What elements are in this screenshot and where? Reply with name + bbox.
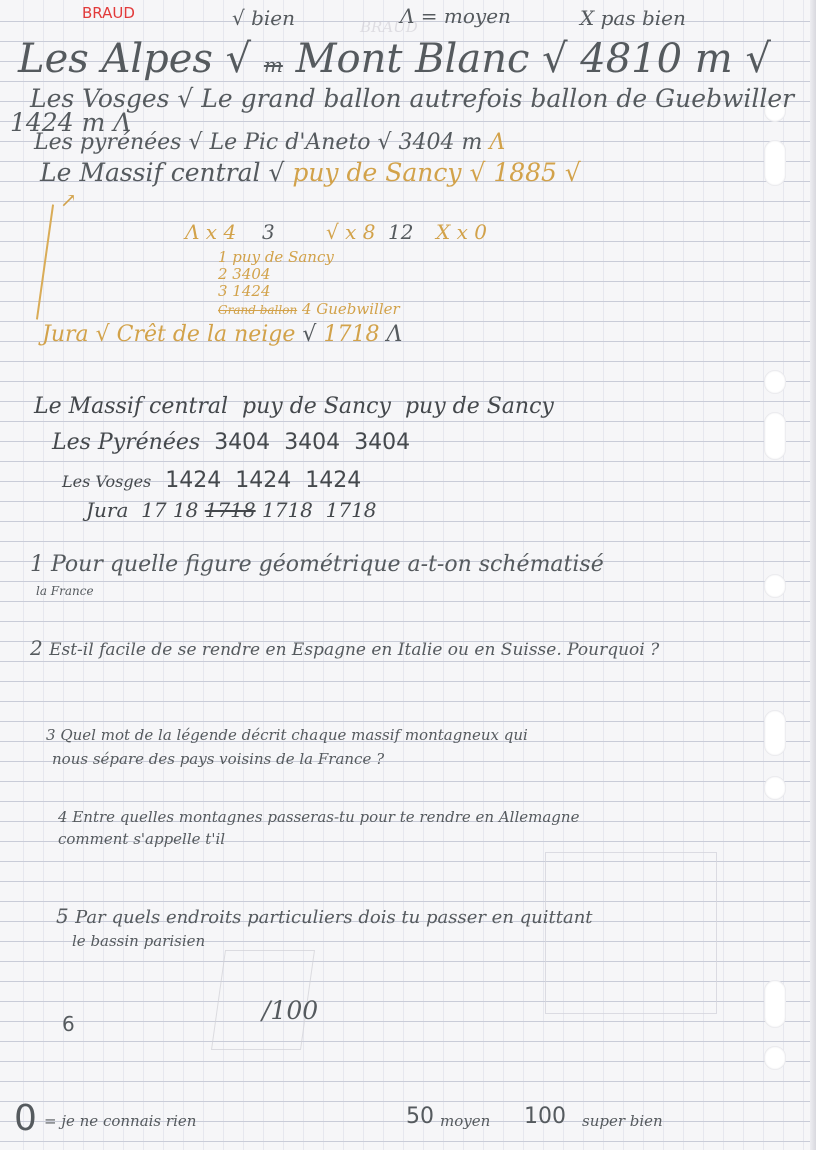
punch-hole [764,140,786,186]
jura-answer: Crêt de la neige [117,322,296,347]
question-4-cont: comment s'appelle t'il [58,830,225,848]
legend-bad: X pas bien [580,6,686,30]
question-text: Est-il facile de se rendre en Espagne en… [49,640,659,660]
scale-fifty: 50 [406,1104,434,1129]
practice-value: 1718 [262,498,313,522]
student-name: BRAUD [82,4,135,22]
score-value: /100 [262,996,318,1025]
tally-good: √ x 8 [326,220,375,244]
practice-value: 3404 [214,430,270,455]
scale-hundred: 100 [524,1104,566,1129]
correction-arrow [36,204,54,319]
punch-hole [764,776,786,800]
struck-text: Grand ballon [218,303,297,317]
summit-alps-answer: Mont Blanc √ 4810 m √ [283,36,771,82]
correction-item: 2 3404 [218,265,271,283]
question-text: Entre quelles montagnes passeras-tu pour… [72,808,579,826]
practice-row: Jura 17 18 1718 1718 1718 [86,498,377,522]
legend-medium: Λ = moyen [400,4,511,28]
good-mark: √ [302,322,316,347]
question-number: 2 [30,636,43,660]
question-number: 4 [58,808,68,826]
correction-item: Grand ballon 4 Guebwiller [218,300,400,318]
practice-label: Le Massif central [34,394,228,419]
tally-good-fix: 12 [388,220,413,244]
summit-alps: Les Alpes √ m Mont Blanc √ 4810 m √ [18,36,771,82]
scale-hundred-text: super bien [582,1112,663,1130]
summit-jura: Jura √ Crêt de la neige √ 1718 Λ [42,322,402,347]
scale-zero-text: = je ne connais rien [44,1112,196,1130]
punch-hole [764,1046,786,1070]
question-2: 2 Est-il facile de se rendre en Espagne … [30,636,659,660]
summit-alps-label: Les Alpes √ [18,36,264,82]
tally-bad: X x 0 [436,220,487,244]
question-1: 1 Pour quelle figure géométrique a-t-on … [30,552,604,577]
practice-label: Jura [86,498,128,522]
question-text: Pour quelle figure géométrique a-t-on sc… [51,552,604,577]
question-4: 4 Entre quelles montagnes passeras-tu po… [58,808,579,826]
jura-altitude: 1718 [323,322,379,347]
practice-value: 1424 [305,468,361,493]
tally-medium-fix: 3 [262,220,275,244]
punch-hole [764,980,786,1028]
question-number: 1 [30,552,44,577]
correction-item: 1 puy de Sancy [218,248,334,266]
practice-value: puy de Sancy [405,394,554,419]
practice-row: Les Pyrénées 3404 3404 3404 [52,430,410,455]
scale-zero: 0 [14,1098,37,1139]
practice-value: 1718 [326,498,377,522]
punch-hole [764,710,786,756]
summit-massif-central: Le Massif central √ puy de Sancy √ 1885 … [40,158,581,187]
question-number: 3 [46,726,56,744]
question-number: 5 [56,904,69,928]
arrow-head: ↗ [60,188,77,212]
question-number: 6 [62,1012,75,1036]
practice-value: 3404 [354,430,410,455]
question-3: 3 Quel mot de la légende décrit chaque m… [46,726,528,744]
practice-label: Les Vosges [62,472,151,491]
practice-value: 1424 [235,468,291,493]
jura-label: Jura √ [42,322,110,347]
question-text: Quel mot de la légende décrit chaque mas… [60,726,527,744]
practice-value: puy de Sancy [242,394,391,419]
practice-value: 17 18 [141,498,198,522]
practice-label: Les Pyrénées [52,430,200,455]
tally-medium: Λ x 4 [185,220,236,244]
paper-edge [810,0,816,1150]
struck-text: 1718 [205,498,256,522]
correction-text: 4 Guebwiller [302,300,400,318]
summit-pyrenees-label: Les pyrénées √ Le Pic d'Aneto √ 3404 m [34,130,482,155]
practice-row: Le Massif central puy de Sancy puy de Sa… [34,394,554,419]
medium-mark: Λ [489,130,505,155]
punch-hole [764,574,786,598]
question-5: 5 Par quels endroits particuliers dois t… [56,904,593,928]
show-through-box [545,852,717,1014]
medium-mark: Λ [386,322,402,347]
question-6: 6 [62,1012,75,1036]
question-1-cont: la France [36,584,94,598]
punch-hole [764,412,786,460]
question-text: Par quels endroits particuliers dois tu … [75,907,592,928]
correction-item: 3 1424 [218,282,271,300]
summit-massif-answer: puy de Sancy √ 1885 √ [292,158,581,187]
question-3-cont: nous sépare des pays voisins de la Franc… [52,750,384,768]
question-5-cont: le bassin parisien [72,932,205,950]
summit-pyrenees: Les pyrénées √ Le Pic d'Aneto √ 3404 m Λ [34,130,505,155]
practice-value: 1424 [165,468,221,493]
scale-fifty-text: moyen [440,1112,490,1130]
punch-hole [764,370,786,394]
practice-value: 3404 [284,430,340,455]
summit-massif-label: Le Massif central √ [40,158,284,187]
summit-vosges: Les Vosges √ Le grand ballon autrefois b… [30,84,794,113]
practice-row: Les Vosges 1424 1424 1424 [62,468,361,493]
legend-good: √ bien [232,6,295,30]
struck-text: m [264,53,283,77]
